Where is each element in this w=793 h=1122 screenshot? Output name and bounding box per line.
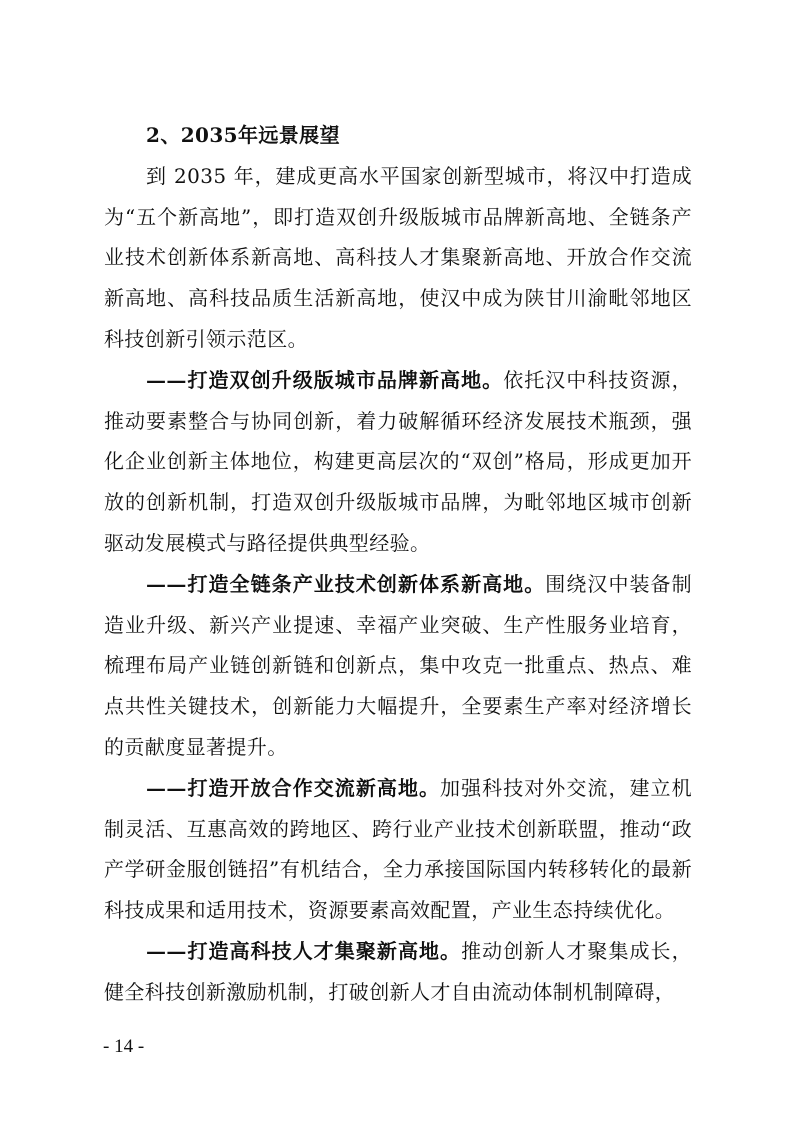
paragraph-lead: ——打造全链条产业技术创新体系新高地。 bbox=[146, 572, 545, 596]
paragraph-body: 到 2035 年，建成更高水平国家创新型城市，将汉中打造成为“五个新高地”，即打… bbox=[104, 164, 692, 351]
paragraph-lead: ——打造开放合作交流新高地。 bbox=[146, 776, 440, 800]
document-page: 2、2035年远景展望 到 2035 年，建成更高水平国家创新型城市，将汉中打造… bbox=[104, 115, 692, 1013]
paragraph-open-cooperation: ——打造开放合作交流新高地。加强科技对外交流，建立机制灵活、互惠高效的跨地区、跨… bbox=[104, 768, 692, 931]
section-heading: 2、2035年远景展望 bbox=[104, 115, 692, 156]
paragraph-talent-cluster: ——打造高科技人才集聚新高地。推动创新人才聚集成长，健全科技创新激励机制，打破创… bbox=[104, 931, 692, 1013]
paragraph-industry-chain: ——打造全链条产业技术创新体系新高地。围绕汉中装备制造业升级、新兴产业提速、幸福… bbox=[104, 564, 692, 768]
paragraph-innovation-brand: ——打造双创升级版城市品牌新高地。依托汉中科技资源，推动要素整合与协同创新，着力… bbox=[104, 360, 692, 564]
page-number: - 14 - bbox=[103, 1036, 144, 1058]
paragraph-vision-overview: 到 2035 年，建成更高水平国家创新型城市，将汉中打造成为“五个新高地”，即打… bbox=[104, 156, 692, 360]
paragraph-lead: ——打造高科技人才集聚新高地。 bbox=[146, 939, 461, 963]
paragraph-body: 围绕汉中装备制造业升级、新兴产业提速、幸福产业突破、生产性服务业培育，梳理布局产… bbox=[104, 572, 692, 759]
paragraph-body: 依托汉中科技资源，推动要素整合与协同创新，着力破解循环经济发展技术瓶颈，强化企业… bbox=[104, 368, 692, 555]
paragraph-lead: ——打造双创升级版城市品牌新高地。 bbox=[146, 368, 503, 392]
